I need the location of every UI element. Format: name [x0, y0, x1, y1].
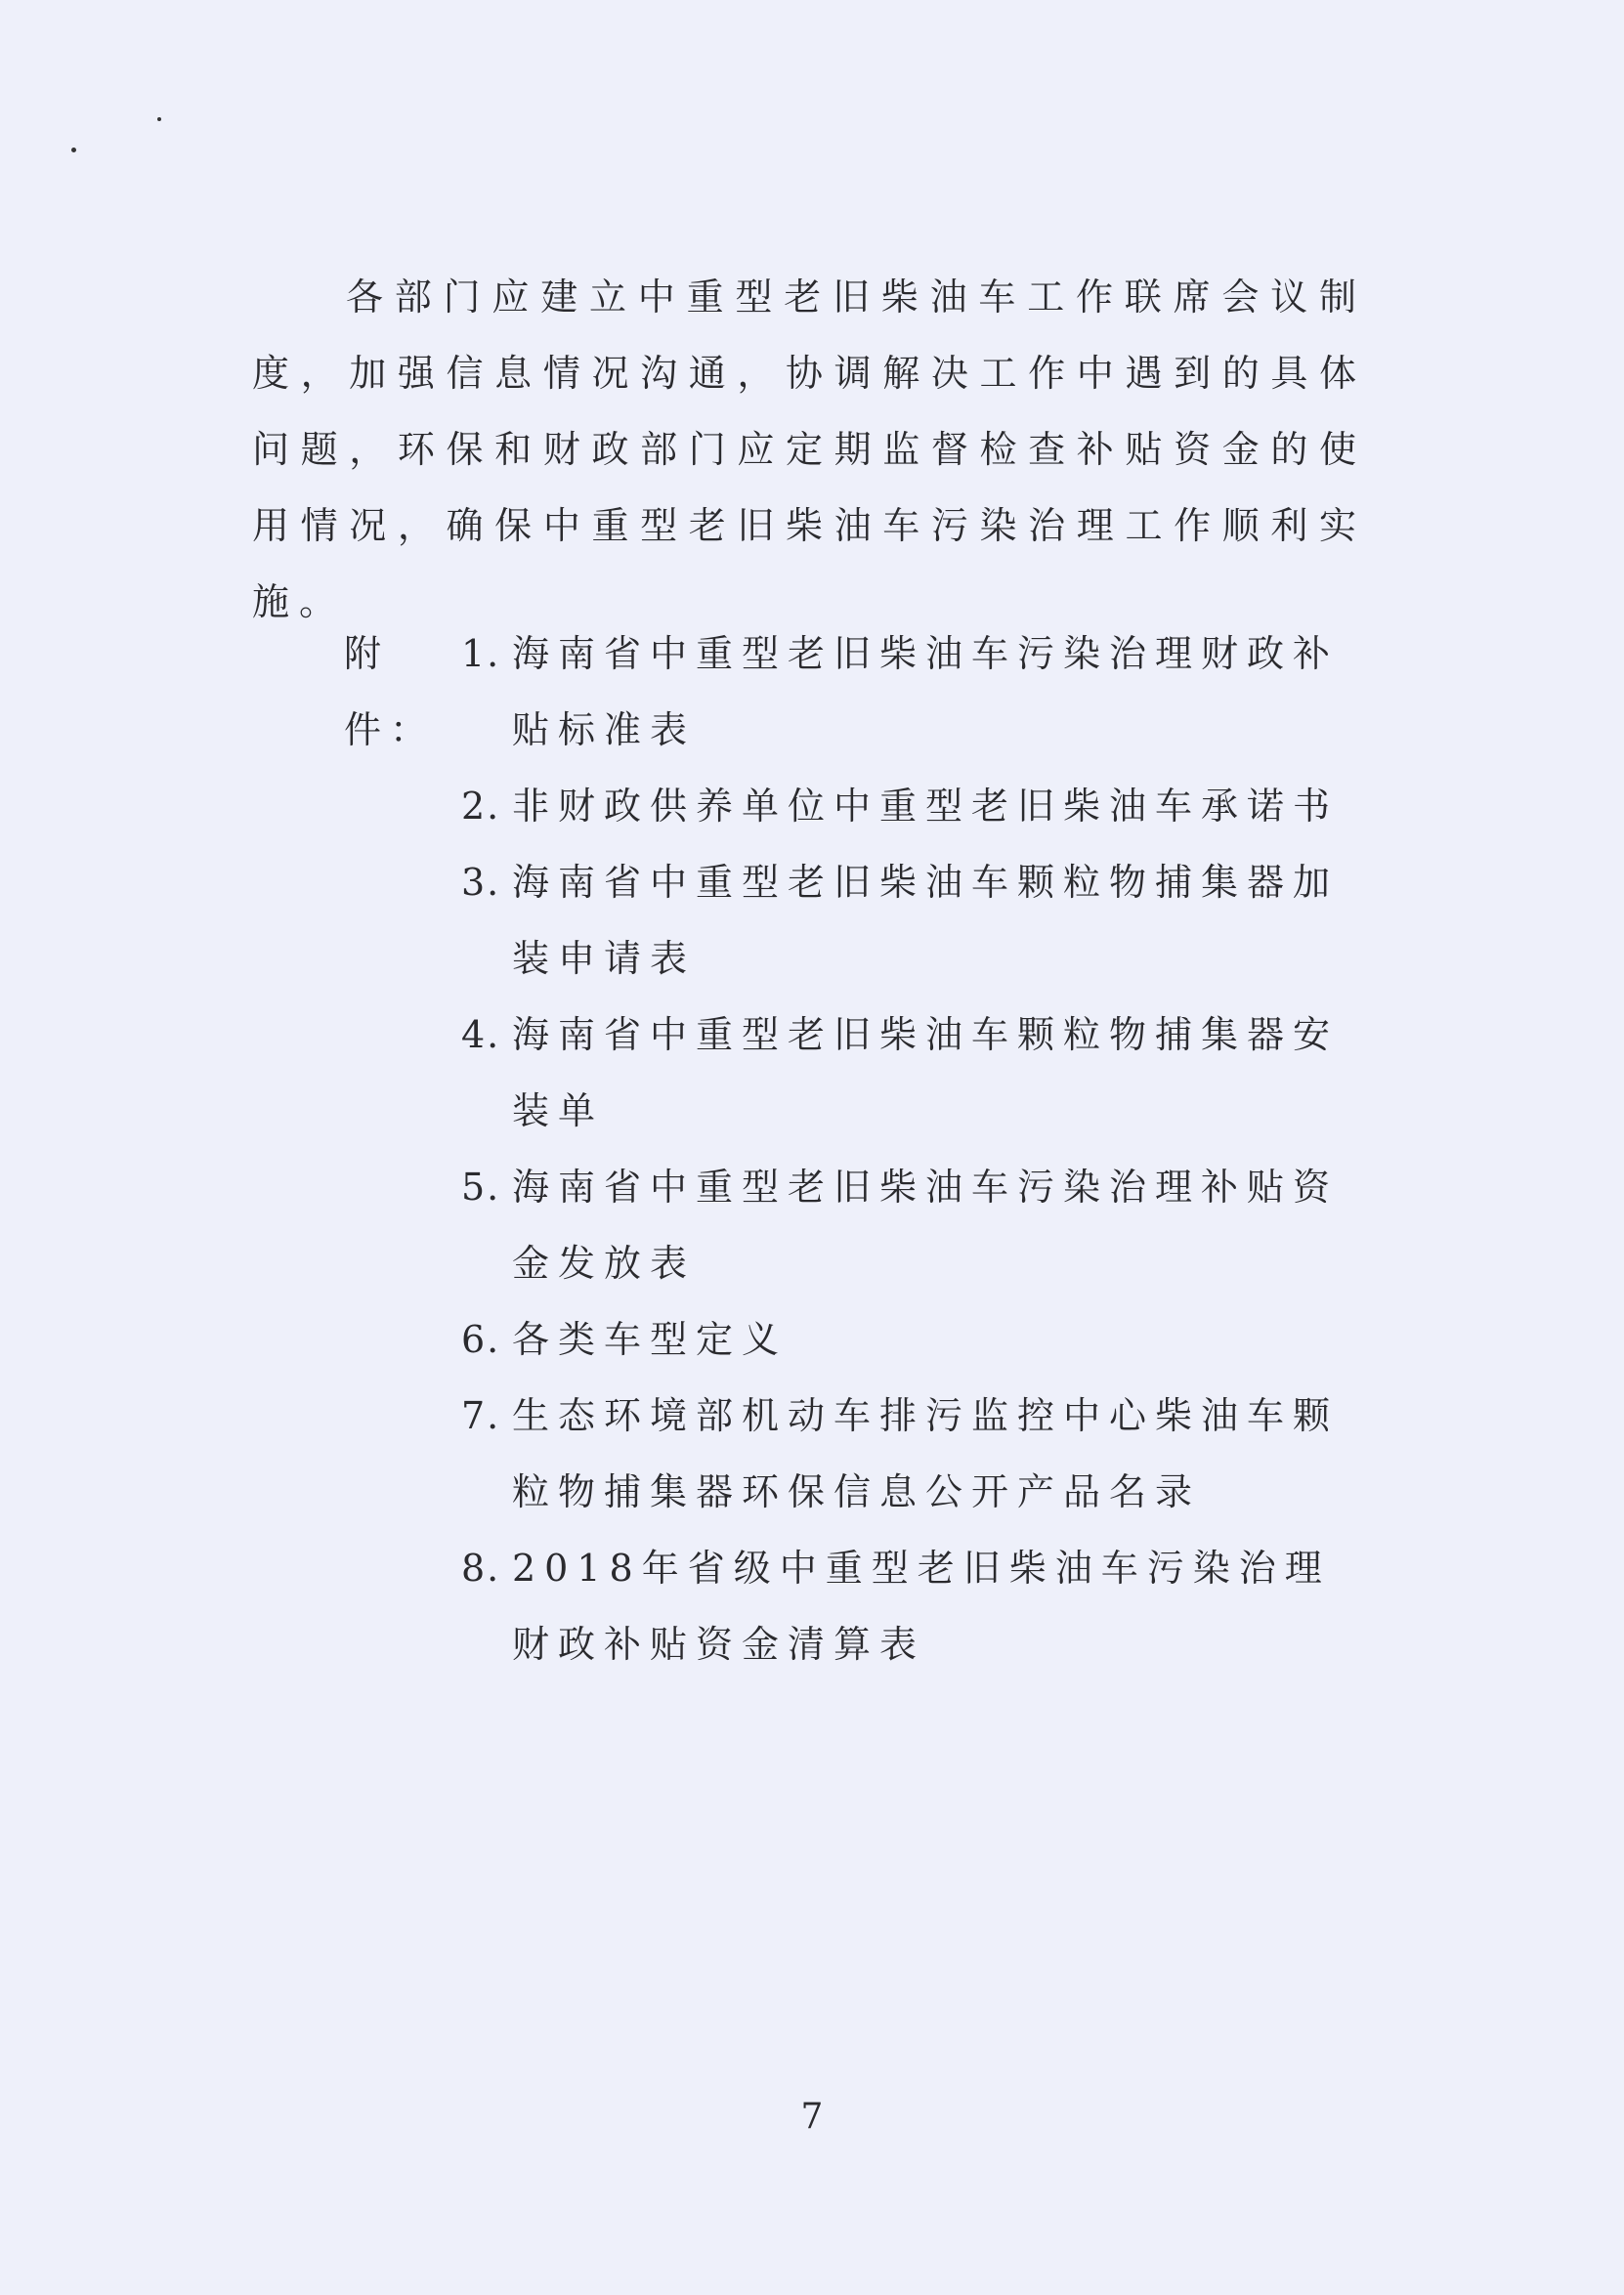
attachment-item: 7. 生态环境部机动车排污监控中心柴油车颗粒物捕集器环保信息公开产品名录: [461, 1378, 1370, 1530]
attachment-item: 5. 海南省中重型老旧柴油车污染治理补贴资金发放表: [461, 1149, 1370, 1301]
attachment-title: 各类车型定义: [512, 1301, 1370, 1378]
page-number: 7: [0, 2097, 1624, 2137]
attachment-title: 非财政供养单位中重型老旧柴油车承诺书: [512, 768, 1370, 844]
attachments-label: 附件：: [344, 616, 461, 768]
attachment-number: 1.: [461, 616, 512, 768]
attachment-title: 海南省中重型老旧柴油车颗粒物捕集器安装单: [512, 997, 1370, 1149]
attachment-number: 4.: [461, 997, 512, 1149]
attachment-number: 5.: [461, 1149, 512, 1301]
attachment-number: 8.: [461, 1530, 512, 1682]
attachment-item: 3. 海南省中重型老旧柴油车颗粒物捕集器加装申请表: [461, 844, 1370, 997]
attachment-item: 2. 非财政供养单位中重型老旧柴油车承诺书: [461, 768, 1370, 844]
scan-speck: [157, 117, 161, 121]
attachment-title: 海南省中重型老旧柴油车污染治理财政补贴标准表: [512, 616, 1370, 768]
attachment-item: 8. 2018年省级中重型老旧柴油车污染治理财政补贴资金清算表: [461, 1530, 1370, 1682]
attachment-title: 生态环境部机动车排污监控中心柴油车颗粒物捕集器环保信息公开产品名录: [512, 1378, 1370, 1530]
attachment-item: 6. 各类车型定义: [461, 1301, 1370, 1378]
body-paragraph: 各部门应建立中重型老旧柴油车工作联席会议制度，加强信息情况沟通，协调解决工作中遇…: [252, 259, 1366, 640]
attachment-number: 3.: [461, 844, 512, 997]
attachment-number: 7.: [461, 1378, 512, 1530]
attachment-title: 海南省中重型老旧柴油车污染治理补贴资金发放表: [512, 1149, 1370, 1301]
attachment-item: 1. 海南省中重型老旧柴油车污染治理财政补贴标准表: [461, 616, 1370, 768]
attachment-number: 2.: [461, 768, 512, 844]
attachments-row: 附件： 1. 海南省中重型老旧柴油车污染治理财政补贴标准表 2. 非财政供养单位…: [344, 616, 1370, 1682]
attachment-title: 海南省中重型老旧柴油车颗粒物捕集器加装申请表: [512, 844, 1370, 997]
attachments-list: 1. 海南省中重型老旧柴油车污染治理财政补贴标准表 2. 非财政供养单位中重型老…: [461, 616, 1370, 1682]
attachments-section: 附件： 1. 海南省中重型老旧柴油车污染治理财政补贴标准表 2. 非财政供养单位…: [344, 616, 1370, 1682]
scan-speck: [71, 148, 76, 152]
attachment-number: 6.: [461, 1301, 512, 1378]
attachment-item: 4. 海南省中重型老旧柴油车颗粒物捕集器安装单: [461, 997, 1370, 1149]
attachment-title: 2018年省级中重型老旧柴油车污染治理财政补贴资金清算表: [512, 1530, 1370, 1682]
